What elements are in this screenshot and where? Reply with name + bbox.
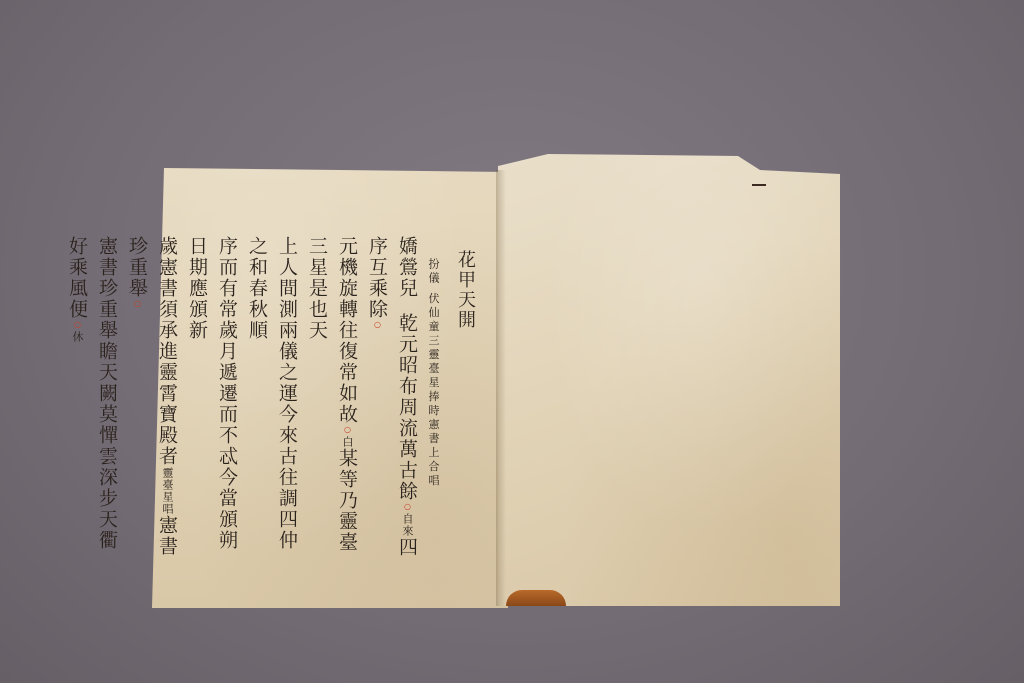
book-spine-fold [496,170,506,606]
verse-line: 憲書珍重舉瞻天闕莫憚雲深步天衢好乘風便 [66,236,118,551]
photo-scene: 花甲天開 扮儀 伏仙童三靈臺星捧時憲書上合唱 嬌鶯兒乾元昭布周流萬古餘○自來四序… [0,0,1024,683]
annotation: 靈臺星唱 [161,467,174,515]
paper-mark [752,184,766,186]
text-column-5: 歲憲書須承進靈霄寶殿者靈臺星唱憲書珍重舉○ [122,236,182,566]
prose-line: 歲憲書須承進靈霄寶殿者 [156,236,178,467]
text-column-4: 序而有常歲月遞遷而不忒今當頒朔日期應頒新 [182,236,242,566]
stage-direction: 扮儀 伏仙童三靈臺星捧時憲書上合唱 [422,236,444,566]
text-column-1: 嬌鶯兒乾元昭布周流萬古餘○自來四序互乘除○ [362,236,422,566]
text-column-6: 憲書珍重舉瞻天闕莫憚雲深步天衢好乘風便○休 [62,236,122,566]
page-title: 花甲天開 [450,236,480,566]
verse-line: 元機旋轉往復常如故 [336,236,358,425]
vertical-text-block: 花甲天開 扮儀 伏仙童三靈臺星捧時憲書上合唱 嬌鶯兒乾元昭布周流萬古餘○自來四序… [180,236,480,566]
right-page-blank [498,154,840,606]
annotation: 休 [71,331,84,343]
annotation: 白 [341,436,354,448]
tune-name: 嬌鶯兒 [396,236,418,299]
annotation: 自來 [401,513,414,537]
page-edge-orange [506,590,566,606]
verse-line: 乾元昭布周流萬古餘 [396,313,418,502]
text-column-2: 元機旋轉往復常如故○白某等乃靈臺三星是也天 [302,236,362,566]
text-column-3: 上人間測兩儀之運今來古往調四仲之和春秋順 [242,236,302,566]
